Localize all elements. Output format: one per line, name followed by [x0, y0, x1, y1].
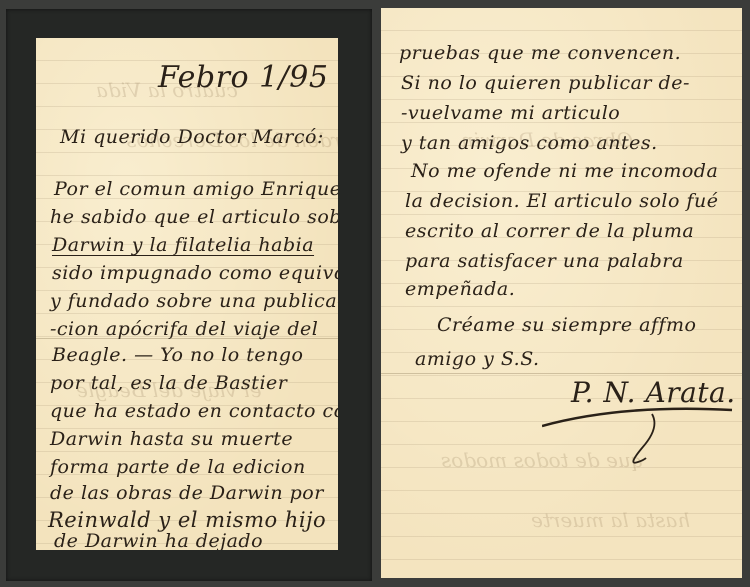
- signature-flourish: [542, 396, 742, 476]
- letter-page-left: cuatro la Vida al Orden de los Derechos …: [36, 38, 338, 550]
- letter-line: Darwin hasta su muerte: [50, 428, 293, 450]
- letter-line: empeñada.: [405, 278, 515, 300]
- letter-line: escrito al correr de la pluma: [405, 220, 694, 242]
- letter-line: Por el comun amigo Enrique Peña: [54, 178, 338, 200]
- closing-line: amigo y S.S.: [415, 348, 540, 370]
- letter-line: de Darwin ha dejado: [54, 530, 263, 550]
- letter-line-underlined: Darwin y la filatelia habia: [52, 234, 314, 256]
- letter-date: Febro 1/95: [158, 60, 328, 95]
- letter-line: Beagle. — Yo no lo tengo: [52, 344, 304, 366]
- letter-line: de las obras de Darwin por: [50, 482, 324, 504]
- letter-line: y tan amigos como antes.: [401, 132, 658, 154]
- letter-line: No me ofende ni me incomoda: [411, 160, 718, 182]
- letter-line: he sabido que el articulo sobre: [50, 206, 338, 228]
- closing-line: Créame su siempre affmo: [437, 314, 696, 336]
- letter-line: -cion apócrifa del viaje del: [50, 318, 318, 340]
- letter-line: Reinwald y el mismo hijo: [48, 508, 326, 532]
- letter-line: pruebas que me convencen.: [399, 42, 681, 64]
- letter-line: y fundado sobre una publica-: [50, 290, 338, 312]
- letter-line: Si no lo quieren publicar de-: [401, 72, 690, 94]
- letter-line: -vuelvame mi articulo: [401, 102, 620, 124]
- salutation: Mi querido Doctor Marcó:: [60, 126, 324, 148]
- letter-line: la decision. El articulo solo fué: [405, 190, 718, 212]
- letter-line: forma parte de la edicion: [50, 456, 306, 478]
- letter-line: por tal, es la de Bastier: [50, 372, 287, 394]
- bleed-through-text: hasta la muerte: [531, 508, 690, 532]
- fold-crease: [381, 373, 742, 374]
- letter-page-right: Obras de Darwin que de todos modos hasta…: [381, 8, 742, 578]
- letter-line: que ha estado en contacto con: [50, 400, 338, 422]
- letter-line: sido impugnado como equivocado: [52, 262, 338, 284]
- letter-line: para satisfacer una palabra: [405, 250, 684, 272]
